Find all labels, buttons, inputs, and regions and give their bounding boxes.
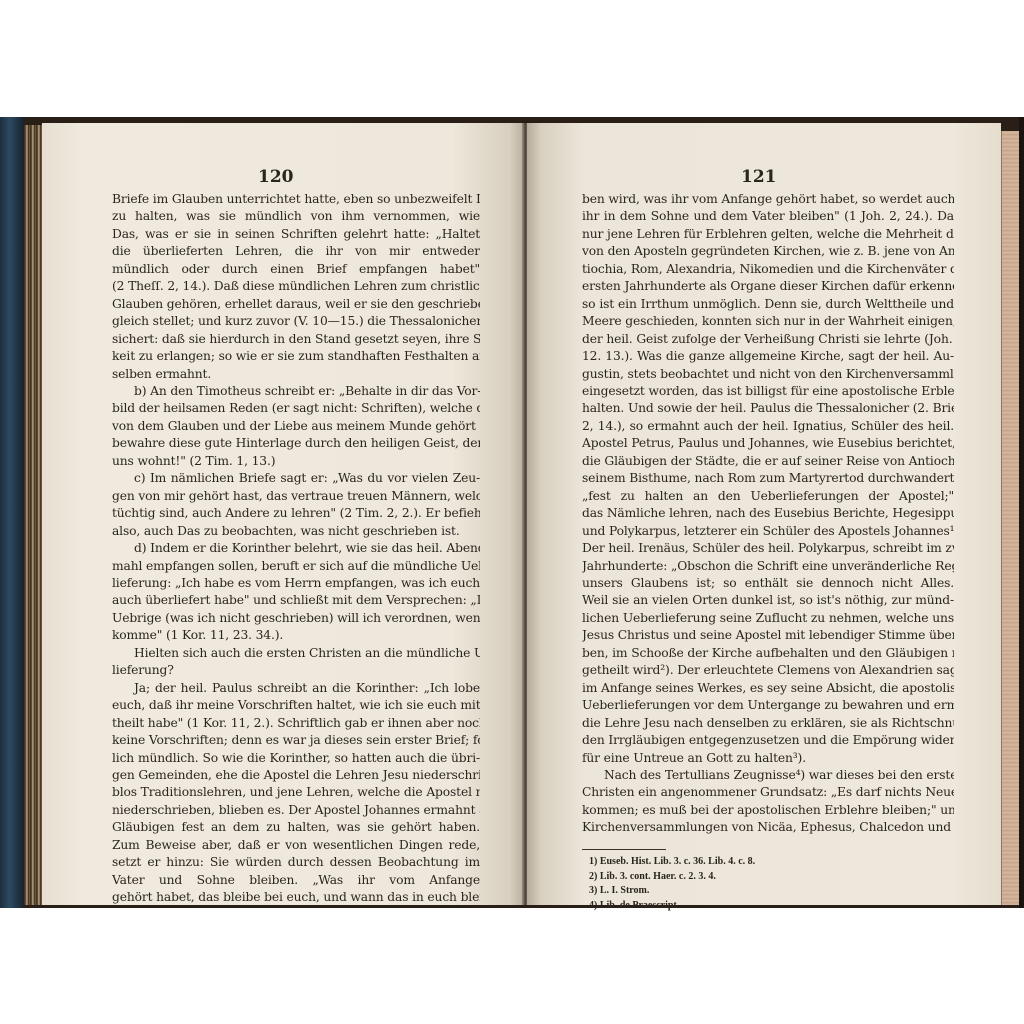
text-line: Nach des Tertullians Zeugnisse⁴) war die… [582, 767, 954, 784]
text-line: Glauben gehören, erhellet daraus, weil e… [112, 296, 480, 313]
text-line: die Gläubigen der Städte, die er auf sei… [582, 453, 954, 470]
text-line: c) Im nämlichen Briefe sagt er: „Was du … [112, 470, 480, 487]
text-line: Weil sie an vielen Orten dunkel ist, so … [582, 592, 954, 609]
text-line: Christen ein angenommener Grundsatz: „Es… [582, 784, 954, 801]
text-line: b) An den Timotheus schreibt er: „Behalt… [112, 383, 480, 400]
text-line: mahl empfangen sollen, beruft er sich au… [112, 558, 480, 575]
right-page: 121 ben wird, was ihr vom Anfange gehört… [527, 123, 1001, 905]
book-cover-left [0, 117, 24, 908]
text-line: (2 Theſſ. 2, 14.). Daß diese mündlichen … [112, 278, 480, 295]
text-line: auch überliefert habe" und schließt mit … [112, 592, 480, 609]
text-line: für eine Untreue an Gott zu halten³). [582, 750, 954, 767]
text-line: tiochia, Rom, Alexandria, Nikomedien und… [582, 261, 954, 278]
page-edges-right [1001, 131, 1020, 905]
text-line: Ueberlieferungen vor dem Untergange zu b… [582, 697, 954, 714]
text-line: Hielten sich auch die ersten Christen an… [112, 645, 480, 662]
text-line: setzt er hinzu: Sie würden durch dessen … [112, 854, 480, 871]
text-line: selben ermahnt. [112, 366, 480, 383]
footnote: 1) Euseb. Hist. Lib. 3. c. 36. Lib. 4. c… [589, 855, 889, 870]
text-line: die Lehre Jesu nach denselben zu erkläre… [582, 715, 954, 732]
text-line: 2, 14.), so ermahnt auch der heil. Ignat… [582, 418, 954, 435]
footnote: 2) Lib. 3. cont. Haer. c. 2. 3. 4. [589, 870, 889, 885]
text-line: das Nämliche lehren, nach des Eusebius B… [582, 505, 954, 522]
text-line: sichert: daß sie hierdurch in den Stand … [112, 331, 480, 348]
text-line: gleich stellet; und kurz zuvor (V. 10—15… [112, 313, 480, 330]
text-line: die überlieferten Lehren, die ihr von mi… [112, 243, 480, 260]
page-number-left: 120 [258, 167, 294, 187]
text-line: Jesus Christus und seine Apostel mit leb… [582, 627, 954, 644]
page-number-right: 121 [741, 167, 777, 187]
text-line: Gläubigen fest an dem zu halten, was sie… [112, 819, 480, 836]
text-line: gehört habet, das bleibe bei euch, und w… [112, 889, 480, 906]
footnote: 4) Lib. de Praescript. [589, 899, 889, 914]
text-line: gen von mir gehört hast, das vertraue tr… [112, 488, 480, 505]
text-line: also, auch Das zu beobachten, was nicht … [112, 523, 480, 540]
left-page: 120 Briefe im Glauben unterrichtet hatte… [42, 123, 524, 905]
text-line: niederschrieben, blieben es. Der Apostel… [112, 802, 480, 819]
footnotes: 1) Euseb. Hist. Lib. 3. c. 36. Lib. 4. c… [589, 855, 889, 913]
text-line: bewahre diese gute Hinterlage durch den … [112, 435, 480, 452]
text-line: der heil. Geist zufolge der Verheißung C… [582, 331, 954, 348]
text-line: lichen Ueberlieferung seine Zuflucht zu … [582, 610, 954, 627]
text-line: von den Aposteln gegründeten Kirchen, wi… [582, 243, 954, 260]
text-line: ben, im Schooße der Kirche aufbehalten u… [582, 645, 954, 662]
text-line: halten. Und sowie der heil. Paulus die T… [582, 400, 954, 417]
text-line: zu halten, was sie mündlich von ihm vern… [112, 208, 480, 225]
text-line: Zum Beweise aber, daß er von wesentliche… [112, 837, 480, 854]
text-line: Uebrige (was ich nicht geschrieben) will… [112, 610, 480, 627]
left-page-body: Briefe im Glauben unterrichtet hatte, eb… [112, 191, 480, 907]
footnote: 3) L. I. Strom. [589, 884, 889, 899]
text-line: eingesetzt worden, das ist billigst für … [582, 383, 954, 400]
text-line: komme" (1 Kor. 11, 23. 34.). [112, 627, 480, 644]
right-page-body: ben wird, was ihr vom Anfange gehört hab… [582, 191, 954, 837]
text-line: „fest zu halten an den Ueberlieferungen … [582, 488, 954, 505]
text-line: lich mündlich. So wie die Korinther, so … [112, 750, 480, 767]
text-line: seinem Bisthume, nach Rom zum Martyrerto… [582, 470, 954, 487]
text-line: gen Gemeinden, ehe die Apostel die Lehre… [112, 767, 480, 784]
text-line: theilt habe" (1 Kor. 11, 2.). Schriftlic… [112, 715, 480, 732]
text-line: den Irrgläubigen entgegenzusetzen und di… [582, 732, 954, 749]
text-line: Meere geschieden, konnten sich nur in de… [582, 313, 954, 330]
text-line: 12. 13.). Was die ganze allgemeine Kirch… [582, 348, 954, 365]
page-edges-left [24, 125, 44, 905]
text-line: von dem Glauben und der Liebe aus meinem… [112, 418, 480, 435]
text-line: Kirchenversammlungen von Nicäa, Ephesus,… [582, 819, 954, 836]
text-line: Das, was er sie in seinen Schriften gele… [112, 226, 480, 243]
text-line: Jahrhunderte: „Obschon die Schrift eine … [582, 558, 954, 575]
text-line: und Polykarpus, letzterer ein Schüler de… [582, 523, 954, 540]
text-line: im Anfange seines Werkes, es sey seine A… [582, 680, 954, 697]
text-line: getheilt wird²). Der erleuchtete Clemens… [582, 662, 954, 679]
text-line: bild der heilsamen Reden (er sagt nicht:… [112, 400, 480, 417]
text-line: lieferung? [112, 662, 480, 679]
text-line: keit zu erlangen; so wie er sie zum stan… [112, 348, 480, 365]
text-line: Briefe im Glauben unterrichtet hatte, eb… [112, 191, 480, 208]
open-book: 120 Briefe im Glauben unterrichtet hatte… [0, 117, 1024, 908]
book-cover-right [1019, 117, 1024, 908]
text-line: blos Traditionslehren, und jene Lehren, … [112, 784, 480, 801]
text-line: euch, daß ihr meine Vorschriften haltet,… [112, 697, 480, 714]
text-line: unsers Glaubens ist; so enthält sie denn… [582, 575, 954, 592]
text-line: uns wohnt!" (2 Tim. 1, 13.) [112, 453, 480, 470]
footnote-rule [582, 849, 666, 850]
text-line: d) Indem er die Korinther belehrt, wie s… [112, 540, 480, 557]
text-line: ihr in dem Sohne und dem Vater bleiben" … [582, 208, 954, 225]
text-line: kommen; es muß bei der apostolischen Erb… [582, 802, 954, 819]
text-line: Apostel Petrus, Paulus und Johannes, wie… [582, 435, 954, 452]
text-line: keine Vorschriften; denn es war ja diese… [112, 732, 480, 749]
text-line: tüchtig sind, auch Andere zu lehren" (2 … [112, 505, 480, 522]
text-line: Ja; der heil. Paulus schreibt an die Kor… [112, 680, 480, 697]
text-line: mündlich oder durch einen Brief empfange… [112, 261, 480, 278]
text-line: ben wird, was ihr vom Anfange gehört hab… [582, 191, 954, 208]
text-line: lieferung: „Ich habe es vom Herrn empfan… [112, 575, 480, 592]
text-line: Der heil. Irenäus, Schüler des heil. Pol… [582, 540, 954, 557]
text-line: nur jene Lehren für Erblehren gelten, we… [582, 226, 954, 243]
text-line: so ist ein Irrthum unmöglich. Denn sie, … [582, 296, 954, 313]
text-line: ersten Jahrhunderte als Organe dieser Ki… [582, 278, 954, 295]
text-line: Vater und Sohne bleiben. „Was ihr vom An… [112, 872, 480, 889]
text-line: gustin, stets beobachtet und nicht von d… [582, 366, 954, 383]
